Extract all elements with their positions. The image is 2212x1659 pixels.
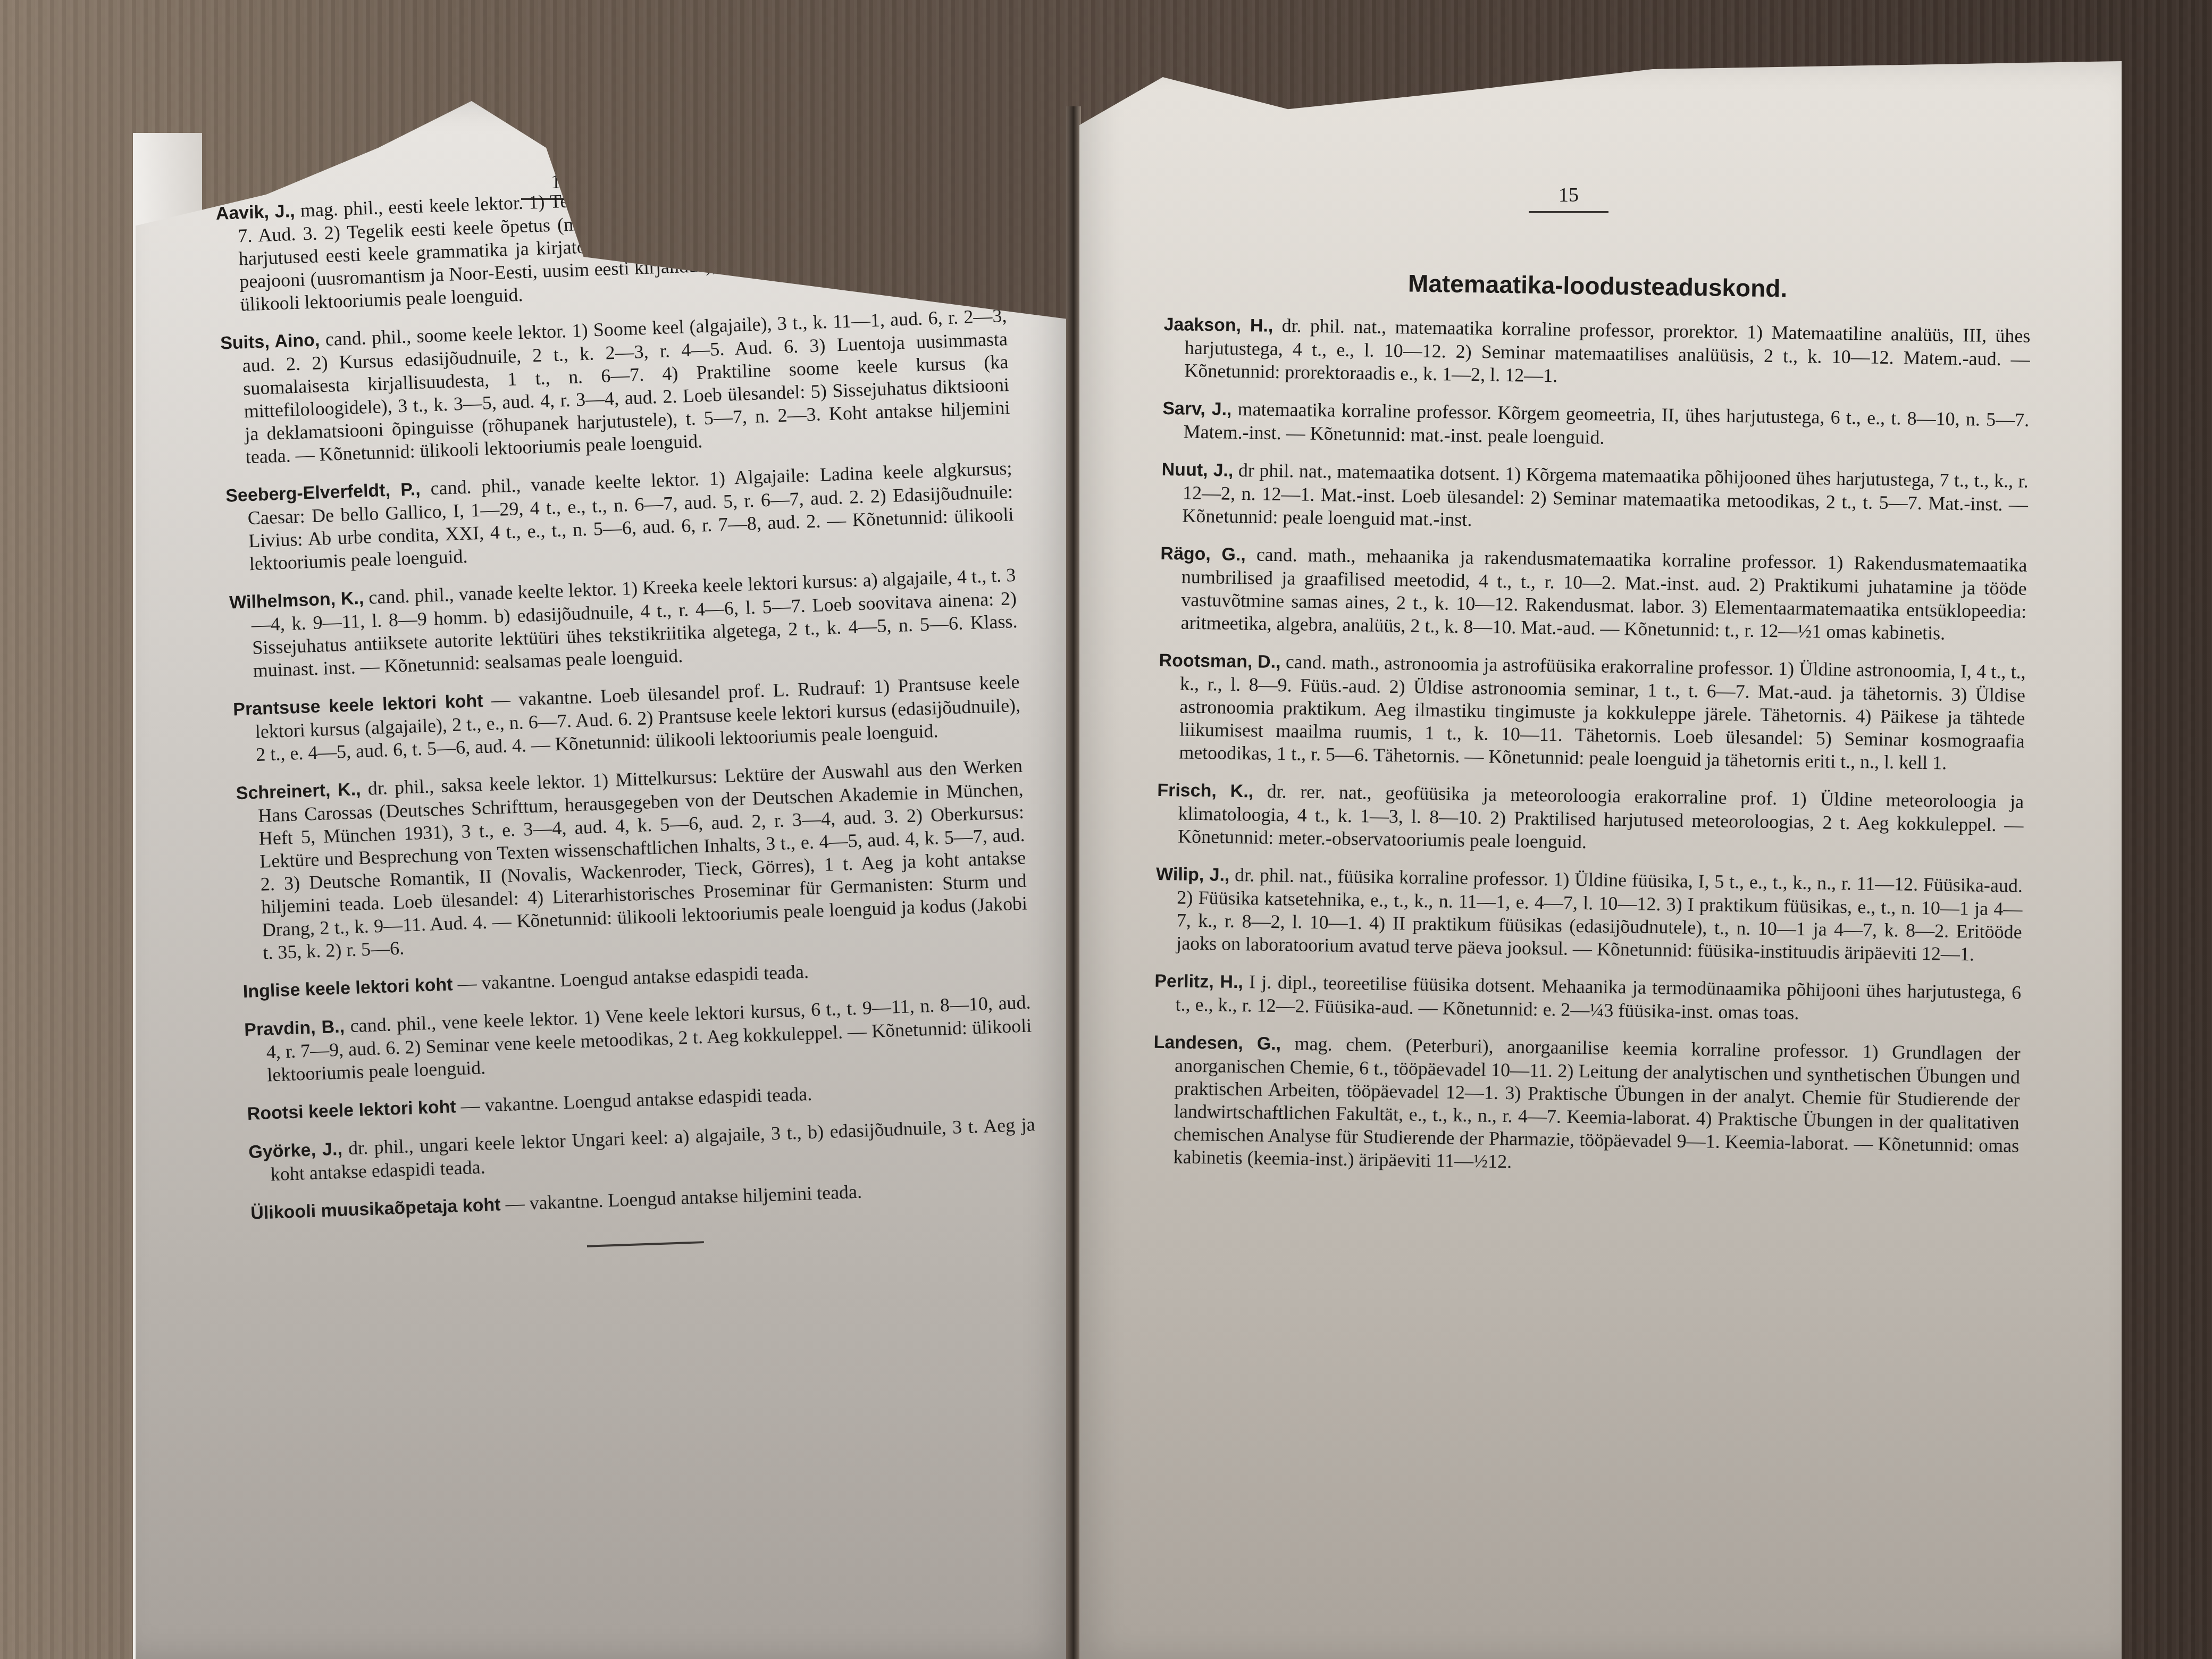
entry-name: Landesen, G.,	[1153, 1032, 1281, 1054]
entry-text: dr. phil. nat., matemaatika korraline pr…	[1184, 315, 2031, 386]
entry-name: Rootsi keele lektori koht	[247, 1096, 456, 1124]
entry-name: Wilhelmson, K.,	[229, 588, 364, 613]
entry-text: cand. phil., vene keele lektor. 1) Vene …	[266, 991, 1032, 1085]
catalogue-entry: Rootsman, D., cand. math., astronoomia j…	[1158, 649, 2026, 776]
entry-name: Rägo, G.,	[1160, 543, 1246, 565]
catalogue-entry: Seeberg-Elverfeldt, P., cand. phil., van…	[225, 457, 1015, 576]
entry-name: Aavik, J.,	[215, 201, 295, 224]
entry-text: cand. phil., vanade keelte lektor. 1) Kr…	[251, 564, 1018, 681]
catalogue-entry: Landesen, G., mag. chem. (Peterburi), an…	[1152, 1030, 2020, 1180]
catalogue-entry: Nuut, J., dr phil. nat., matemaatika dot…	[1161, 458, 2029, 539]
entry-name: Ülikooli muusikaõpetaja koht	[250, 1194, 501, 1223]
catalogue-entry: Suits, Aino, cand. phil., soome keele le…	[220, 304, 1011, 469]
entry-name: Nuut, J.,	[1161, 459, 1233, 481]
entry-text: matemaatika korraline professor. Kõrgem …	[1183, 398, 2029, 448]
entry-text: — vakantne. Loengud antakse edaspidi tea…	[457, 961, 809, 994]
entry-name: Jaakson, H.,	[1163, 314, 1273, 336]
entry-text: I j. dipl., teoreetilise füüsika dotsent…	[1175, 971, 2021, 1023]
entry-text: mag. chem. (Peterburi), anorgaanilise ke…	[1173, 1033, 2020, 1172]
catalogue-entry: Pravdin, B., cand. phil., vene keele lek…	[244, 991, 1033, 1087]
entry-text: dr. rer. nat., geofüüsika ja meteoroloog…	[1178, 781, 2024, 852]
entry-text: — vakantne. Loeb ülesandel prof. L. Rudr…	[255, 671, 1021, 765]
entry-name: Rootsman, D.,	[1159, 650, 1280, 672]
right-page-text: Matemaatika-loodusteaduskond. Jaakson, H…	[1152, 269, 2031, 1195]
entry-text: cand. phil., vanade keelte lektor. 1) Al…	[247, 457, 1014, 574]
entry-name: Schreinert, K.,	[236, 779, 361, 803]
entry-name: Sarv, J.,	[1162, 398, 1232, 420]
entry-name: Frisch, K.,	[1157, 780, 1253, 802]
entry-text: cand. phil., soome keele lektor. 1) Soom…	[242, 305, 1010, 467]
catalogue-entry: Frisch, K., dr. rer. nat., geofüüsika ja…	[1157, 778, 2024, 860]
entry-text: cand. math., mehaanika ja rakendusmatema…	[1180, 543, 2027, 643]
book-gutter	[1066, 106, 1081, 1659]
catalogue-entry: Jaakson, H., dr. phil. nat., matemaatika…	[1163, 313, 2031, 394]
entry-text: — vakantne. Loengud antakse hiljemini te…	[505, 1181, 862, 1214]
catalogue-entry: Sarv, J., matemaatika korraline professo…	[1162, 397, 2029, 455]
entry-name: Györke, J.,	[248, 1139, 343, 1162]
section-title: Matemaatika-loodusteaduskond.	[1164, 269, 2031, 304]
catalogue-entry: Prantsuse keele lektori koht — vakantne.…	[233, 671, 1022, 767]
left-page: 14 Aavik, J., mag. phil., eesti keele le…	[136, 101, 1069, 1659]
right-page: 15 Matemaatika-loodusteaduskond. Jaakson…	[1079, 61, 2122, 1659]
entry-text: dr. phil., ungari keele lektor Ungari ke…	[270, 1113, 1035, 1185]
entry-text: dr phil. nat., matemaatika dotsent. 1) K…	[1182, 459, 2029, 530]
entry-name: Pravdin, B.,	[244, 1016, 345, 1040]
entry-name: Inglise keele lektori koht	[242, 974, 453, 1002]
catalogue-entry: Wilip, J., dr. phil. nat., füüsika korra…	[1155, 862, 2023, 967]
page-number-right: 15	[1515, 183, 1622, 213]
entry-name: Suits, Aino,	[220, 330, 320, 354]
left-page-text: Aavik, J., mag. phil., eesti keele lekto…	[215, 174, 1039, 1259]
entry-text: dr. phil. nat., füüsika korraline profes…	[1176, 864, 2023, 965]
entry-text: cand. math., astronoomia ja astrofüüsika…	[1179, 651, 2026, 773]
entry-text: — vakantne. Loengud antakse edaspidi tea…	[460, 1083, 812, 1117]
catalogue-entry: Schreinert, K., dr. phil., saksa keele l…	[236, 755, 1028, 965]
catalogue-entry: Perlitz, H., I j. dipl., teoreetilise fü…	[1154, 969, 2021, 1028]
end-rule-divider	[587, 1241, 704, 1247]
entry-name: Wilip, J.,	[1156, 864, 1230, 885]
catalogue-entry: Wilhelmson, K., cand. phil., vanade keel…	[229, 564, 1019, 683]
catalogue-entry: Rägo, G., cand. math., mehaanika ja rake…	[1159, 542, 2027, 646]
catalogue-entry: Györke, J., dr. phil., ungari keele lekt…	[248, 1113, 1036, 1187]
entry-name: Perlitz, H.,	[1154, 971, 1243, 992]
entry-text: dr. phil., saksa keele lektor. 1) Mittel…	[258, 755, 1028, 963]
